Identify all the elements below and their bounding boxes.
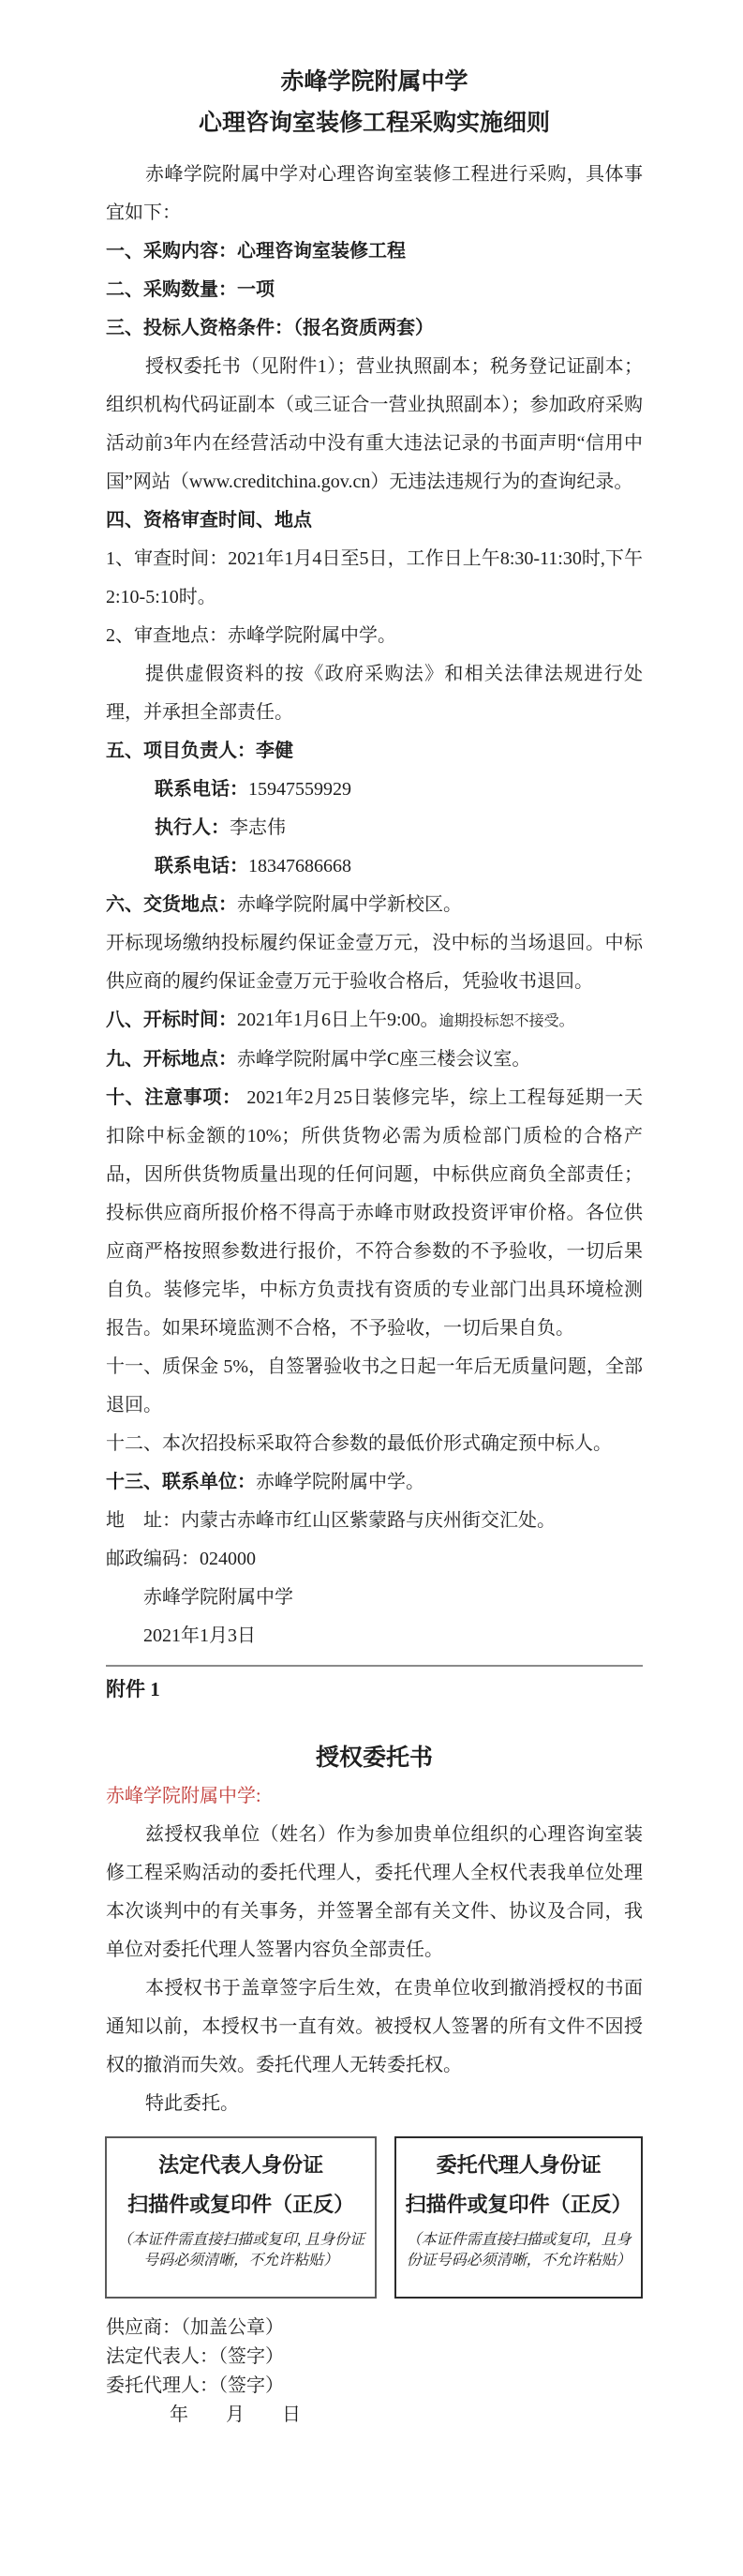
poa-salutation: 赤峰学院附属中学: bbox=[106, 1777, 643, 1816]
agent-id-title: 委托代理人身份证 bbox=[396, 2151, 641, 2179]
item-4-2-review-place: 2、审查地点：赤峰学院附属中学。 bbox=[106, 617, 643, 655]
executor-phone-line: 联系电话：18347686668 bbox=[106, 847, 643, 886]
item-8-opening-time: 八、开标时间：2021年1月6日上午9:00。逾期投标恕不接受。 bbox=[106, 1001, 643, 1041]
supplier-seal-line: 供应商：（加盖公章） bbox=[106, 2314, 643, 2343]
doc-subtitle: 心理咨询室装修工程采购实施细则 bbox=[106, 107, 643, 141]
legal-rep-id-title: 法定代表人身份证 bbox=[107, 2151, 375, 2179]
legal-rep-id-box: 法定代表人身份证 扫描件或复印件（正反） （本证件需直接扫描或复印, 且身份证号… bbox=[105, 2136, 377, 2299]
qualification-paragraph: 授权委托书（见附件1）；营业执照副本；税务登记证副本；组织机构代码证副本（或三证… bbox=[106, 348, 643, 502]
page-divider bbox=[106, 1665, 643, 1667]
poa-paragraph-2: 本授权书于盖章签字后生效，在贵单位收到撤消授权的书面通知以前，本授权书一直有效。… bbox=[106, 1969, 643, 2085]
item-2-purchase-quantity: 二、采购数量：一项 bbox=[106, 271, 643, 309]
id-card-boxes: 法定代表人身份证 扫描件或复印件（正反） （本证件需直接扫描或复印, 且身份证号… bbox=[105, 2136, 643, 2299]
item-11-warranty-deposit: 十一、质保金 5%，自签署验收书之日起一年后无质量问题，全部退回。 bbox=[106, 1348, 643, 1425]
item-10-notes: 十、注意事项： 2021年2月25日装修完毕，综上工程每延期一天扣除中标金额的1… bbox=[106, 1079, 643, 1348]
address-line: 地 址：内蒙古赤峰市红山区紫蒙路与庆州街交汇处。 bbox=[106, 1502, 643, 1540]
agent-sign-line: 委托代理人：（签字） bbox=[106, 2372, 643, 2401]
item-13-text: 赤峰学院附属中学。 bbox=[256, 1472, 424, 1492]
item-9-opening-place: 九、开标地点：赤峰学院附属中学C座三楼会议室。 bbox=[106, 1041, 643, 1079]
legal-rep-id-note: （本证件需直接扫描或复印, 且身份证号码必须清晰，不允许粘贴） bbox=[107, 2230, 375, 2271]
item-6-text: 赤峰学院附属中学新校区。 bbox=[237, 894, 462, 915]
document-page: 赤峰学院附属中学 心理咨询室装修工程采购实施细则 赤峰学院附属中学对心理咨询室装… bbox=[0, 0, 743, 2576]
item-9-text: 赤峰学院附属中学C座三楼会议室。 bbox=[237, 1049, 530, 1070]
item-13-label: 十三、联系单位： bbox=[106, 1472, 256, 1492]
agent-id-note: （本证件需直接扫描或复印，且身份证号码必须清晰，不允许粘贴） bbox=[396, 2230, 641, 2271]
item-6-label: 六、交货地点： bbox=[106, 894, 237, 915]
leader-phone-line: 联系电话：15947559929 bbox=[106, 771, 643, 809]
poa-paragraph-1: 兹授权我单位（姓名）作为参加贵单位组织的心理咨询室装修工程采购活动的委托代理人，… bbox=[106, 1816, 643, 1969]
phone2-label: 联系电话： bbox=[155, 856, 248, 876]
agent-id-box: 委托代理人身份证 扫描件或复印件（正反） （本证件需直接扫描或复印，且身份证号码… bbox=[394, 2136, 643, 2299]
signing-footer: 供应商：（加盖公章） 法定代表人：（签字） 委托代理人：（签字） 年 月 日 bbox=[106, 2314, 643, 2430]
org-signature: 赤峰学院附属中学 bbox=[143, 1579, 680, 1617]
item-8-text: 2021年1月6日上午9:00。 bbox=[237, 1010, 439, 1030]
item-5-project-leader: 五、项目负责人：李健 bbox=[106, 732, 643, 771]
item-8-note: 逾期投标恕不接受。 bbox=[439, 1013, 574, 1029]
date-blank-line: 年 月 日 bbox=[170, 2401, 706, 2430]
signature-block: 赤峰学院附属中学 2021年1月3日 bbox=[143, 1579, 680, 1655]
executor-label: 执行人： bbox=[155, 817, 230, 838]
item-13-contact-unit: 十三、联系单位：赤峰学院附属中学。 bbox=[106, 1463, 643, 1502]
item-4-1-review-time: 1、审查时间：2021年1月4日至5日，工作日上午8:30-11:30时,下午2… bbox=[106, 540, 643, 617]
agent-id-subtitle: 扫描件或复印件（正反） bbox=[396, 2191, 641, 2219]
false-material-note: 提供虚假资料的按《政府采购法》和相关法律法规进行处理，并承担全部责任。 bbox=[106, 655, 643, 732]
poa-paragraph-3: 特此委托。 bbox=[106, 2085, 643, 2123]
executor-name: 李志伟 bbox=[230, 817, 286, 838]
attachment-label: 附件 1 bbox=[106, 1670, 643, 1709]
item-9-label: 九、开标地点： bbox=[106, 1049, 237, 1070]
poa-title: 授权委托书 bbox=[106, 1739, 643, 1777]
phone1-number: 15947559929 bbox=[248, 779, 351, 800]
legal-rep-sign-line: 法定代表人：（签字） bbox=[106, 2343, 643, 2372]
intro-paragraph: 赤峰学院附属中学对心理咨询室装修工程进行采购，具体事宜如下： bbox=[106, 156, 643, 232]
item-8-label: 八、开标时间： bbox=[106, 1010, 237, 1030]
item-10-label: 十、注意事项： bbox=[106, 1087, 242, 1108]
postcode-line: 邮政编码：024000 bbox=[106, 1540, 643, 1579]
item-10-text: 2021年2月25日装修完毕，综上工程每延期一天扣除中标金额的10%；所供货物必… bbox=[106, 1087, 643, 1339]
item-3-bidder-qualifications: 三、投标人资格条件：（报名资质两套） bbox=[106, 309, 643, 348]
signature-date: 2021年1月3日 bbox=[143, 1617, 680, 1655]
item-12-lowest-price-rule: 十二、本次招投标采取符合参数的最低价形式确定预中标人。 bbox=[106, 1425, 643, 1463]
item-1-purchase-content: 一、采购内容：心理咨询室装修工程 bbox=[106, 232, 643, 271]
legal-rep-id-subtitle: 扫描件或复印件（正反） bbox=[107, 2191, 375, 2219]
item-4-review-time-place: 四、资格审查时间、地点 bbox=[106, 502, 643, 540]
bid-deposit-paragraph: 开标现场缴纳投标履约保证金壹万元，没中标的当场退回。中标供应商的履约保证金壹万元… bbox=[106, 924, 643, 1001]
executor-line: 执行人：李志伟 bbox=[106, 809, 643, 847]
doc-title: 赤峰学院附属中学 bbox=[106, 66, 643, 99]
phone1-label: 联系电话： bbox=[155, 779, 248, 800]
phone2-number: 18347686668 bbox=[248, 856, 351, 876]
item-6-delivery-place: 六、交货地点：赤峰学院附属中学新校区。 bbox=[106, 886, 643, 924]
